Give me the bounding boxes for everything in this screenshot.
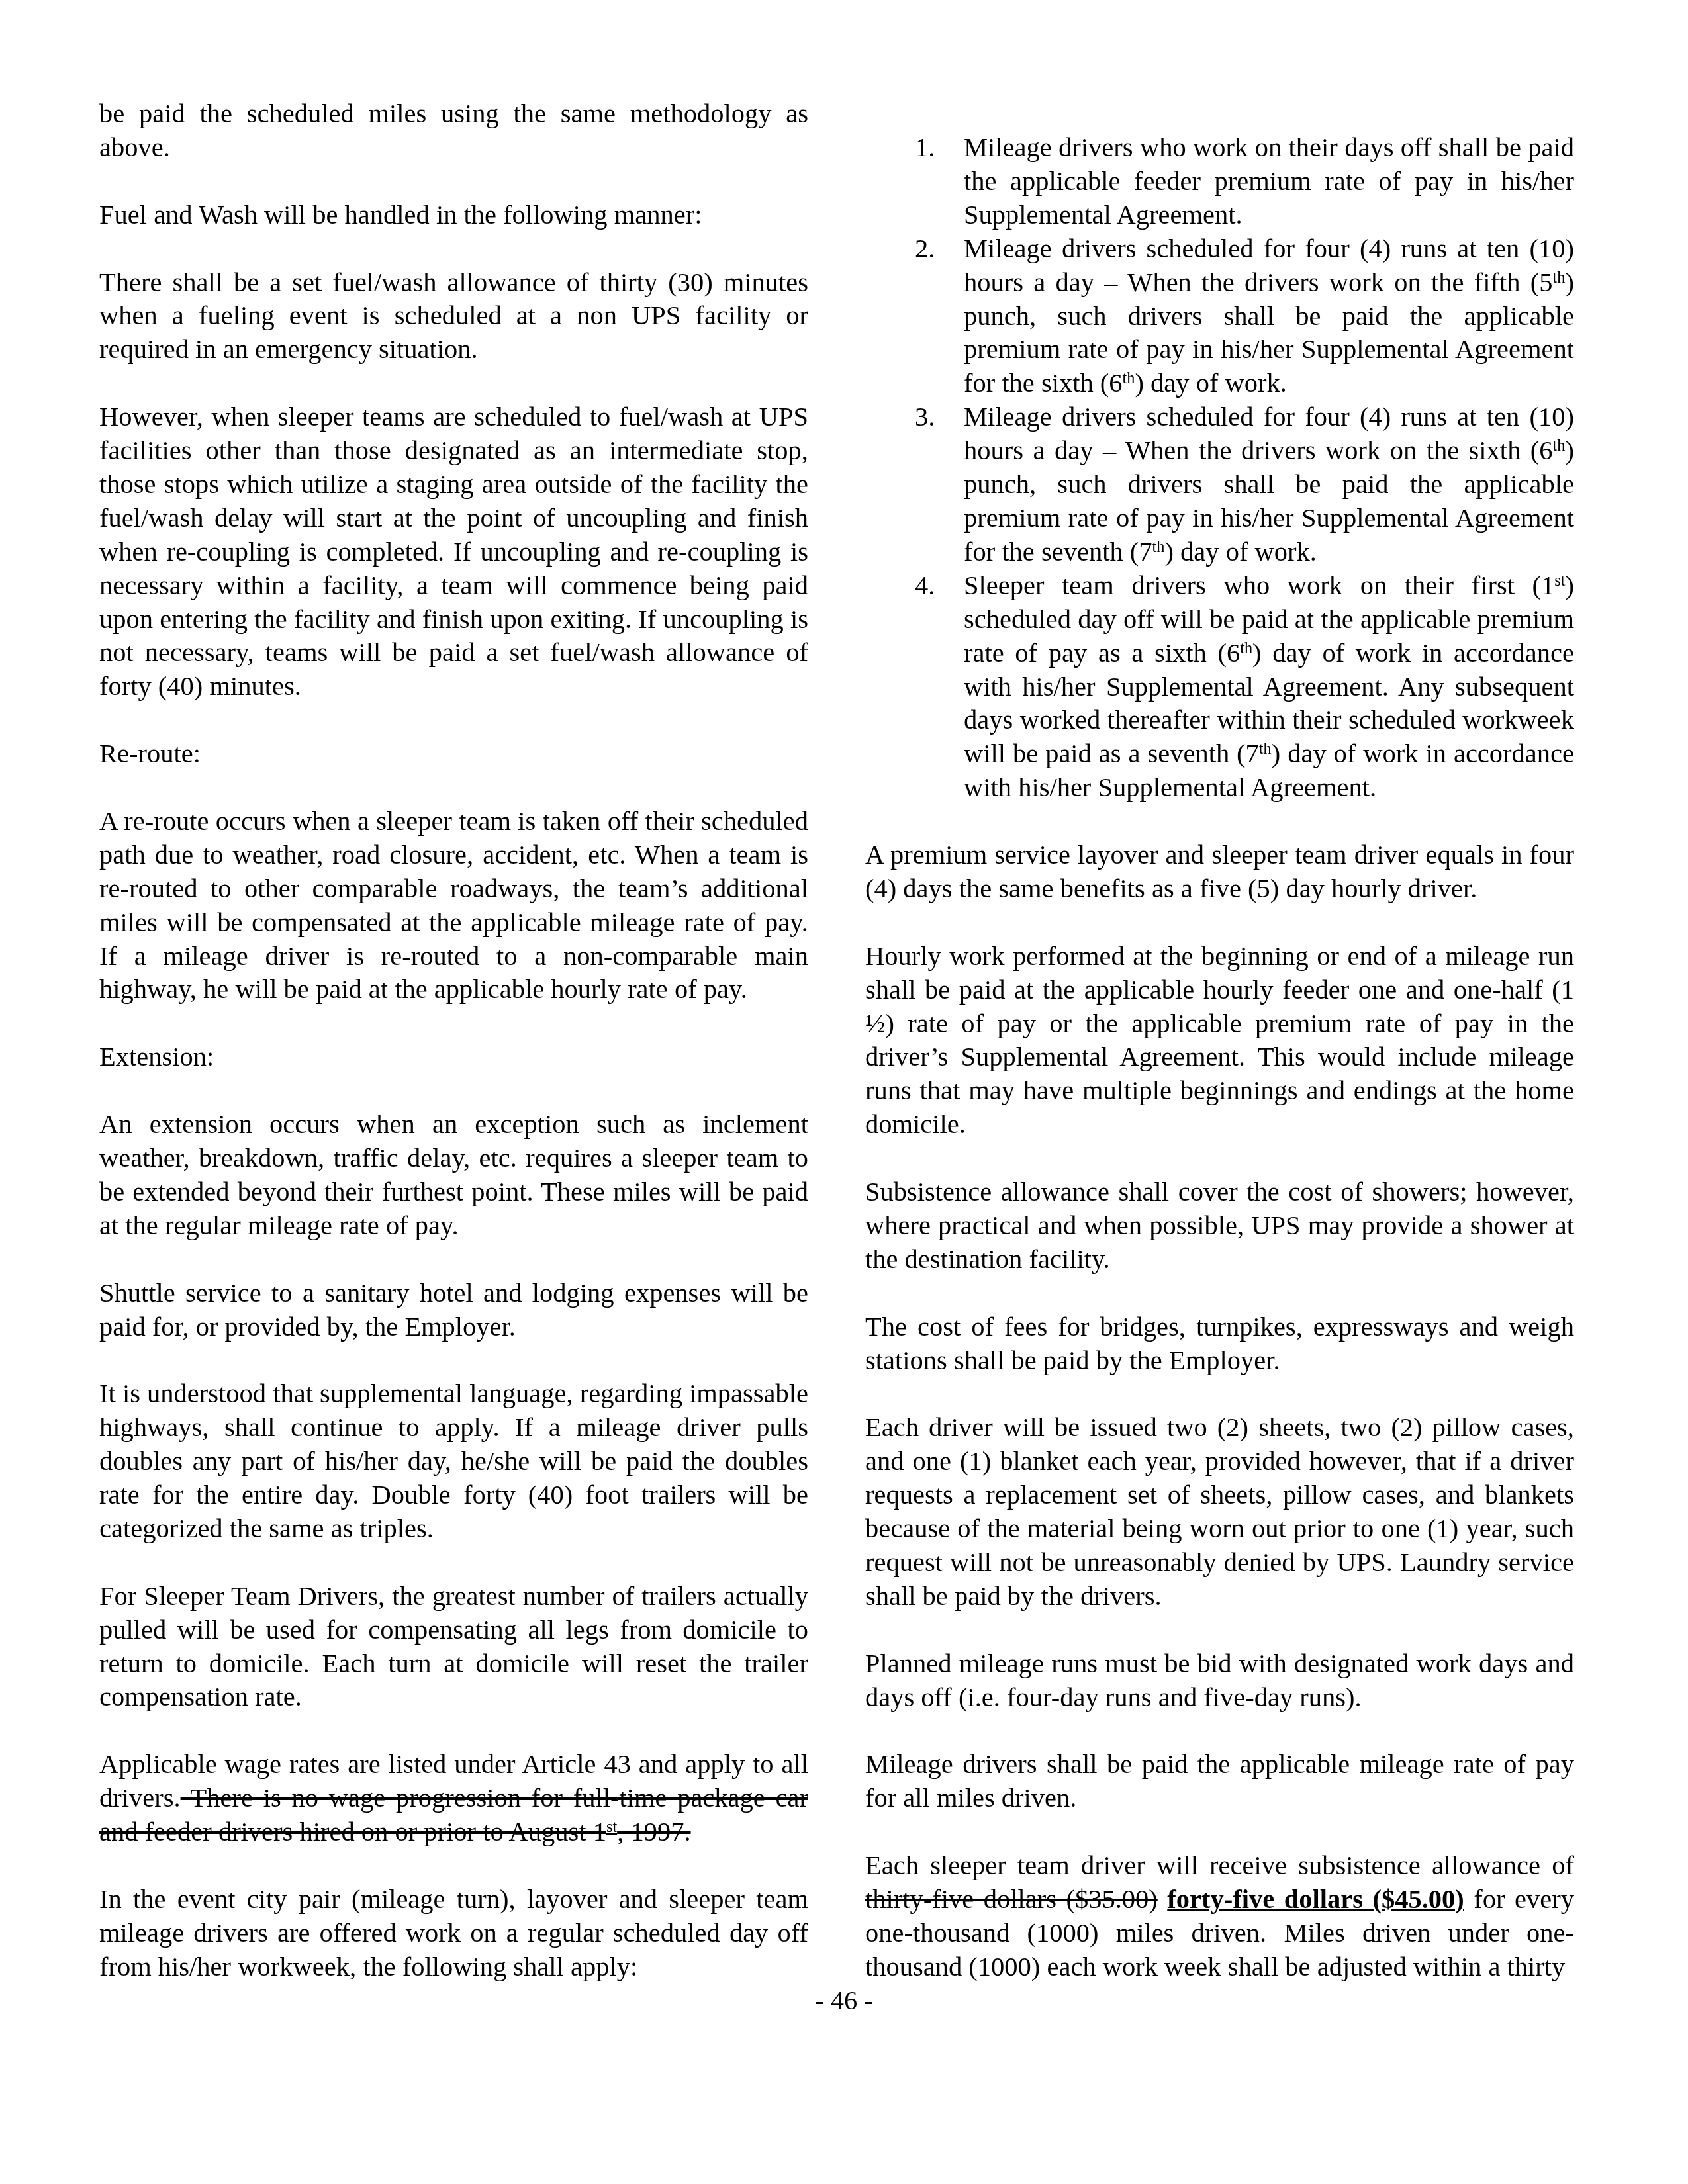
paragraph-linens: Each driver will be issued two (2) sheet…	[865, 1411, 1574, 1613]
paragraph-scheduled-miles: be paid the scheduled miles using the sa…	[99, 97, 808, 165]
paragraph-wage-rates: Applicable wage rates are listed under A…	[99, 1748, 808, 1849]
paragraph-shuttle-service: Shuttle service to a sanitary hotel and …	[99, 1277, 808, 1344]
list-number: 4.	[915, 569, 935, 603]
heading-reroute: Re-route:	[99, 737, 808, 771]
list-item: 2.Mileage drivers scheduled for four (4)…	[865, 232, 1574, 401]
paragraph-fuel-wash-intro: Fuel and Wash will be handled in the fol…	[99, 199, 808, 232]
list-item: 1.Mileage drivers who work on their days…	[865, 131, 1574, 232]
day-off-rules-list: 1.Mileage drivers who work on their days…	[865, 131, 1574, 805]
list-number: 1.	[915, 131, 935, 165]
paragraph-reroute: A re-route occurs when a sleeper team is…	[99, 805, 808, 1007]
paragraph-impassable-highways: It is understood that supplemental langu…	[99, 1377, 808, 1546]
list-number: 2.	[915, 232, 935, 266]
paragraph-toll-fees: The cost of fees for bridges, turnpikes,…	[865, 1310, 1574, 1378]
list-item: 3.Mileage drivers scheduled for four (4)…	[865, 400, 1574, 569]
list-number: 3.	[915, 400, 935, 434]
paragraph-day-off-work: In the event city pair (mileage turn), l…	[99, 1883, 808, 1984]
paragraph-sleeper-fuel-wash: However, when sleeper teams are schedule…	[99, 400, 808, 704]
struck-wage-progression-text: There is no wage progression for full-ti…	[99, 1783, 808, 1846]
right-column: 1.Mileage drivers who work on their days…	[865, 131, 1574, 1984]
paragraph-fuel-wash-allowance: There shall be a set fuel/wash allowance…	[99, 266, 808, 367]
paragraph-hourly-work: Hourly work performed at the beginning o…	[865, 940, 1574, 1142]
list-item: 4.Sleeper team drivers who work on their…	[865, 569, 1574, 805]
page-number: - 46 -	[0, 1984, 1688, 2017]
struck-old-amount: thirty-five dollars ($35.00)	[865, 1884, 1158, 1914]
paragraph-subsistence-allowance: Each sleeper team driver will receive su…	[865, 1849, 1574, 1984]
heading-extension: Extension:	[99, 1040, 808, 1074]
paragraph-premium-layover: A premium service layover and sleeper te…	[865, 839, 1574, 906]
paragraph-trailer-compensation: For Sleeper Team Drivers, the greatest n…	[99, 1580, 808, 1715]
paragraph-planned-runs: Planned mileage runs must be bid with de…	[865, 1647, 1574, 1715]
left-column: be paid the scheduled miles using the sa…	[99, 97, 808, 1984]
paragraph-mileage-rate: Mileage drivers shall be paid the applic…	[865, 1748, 1574, 1815]
paragraph-subsistence-showers: Subsistence allowance shall cover the co…	[865, 1175, 1574, 1277]
paragraph-extension: An extension occurs when an exception su…	[99, 1108, 808, 1243]
inserted-new-amount: forty-five dollars ($45.00)	[1167, 1884, 1464, 1914]
